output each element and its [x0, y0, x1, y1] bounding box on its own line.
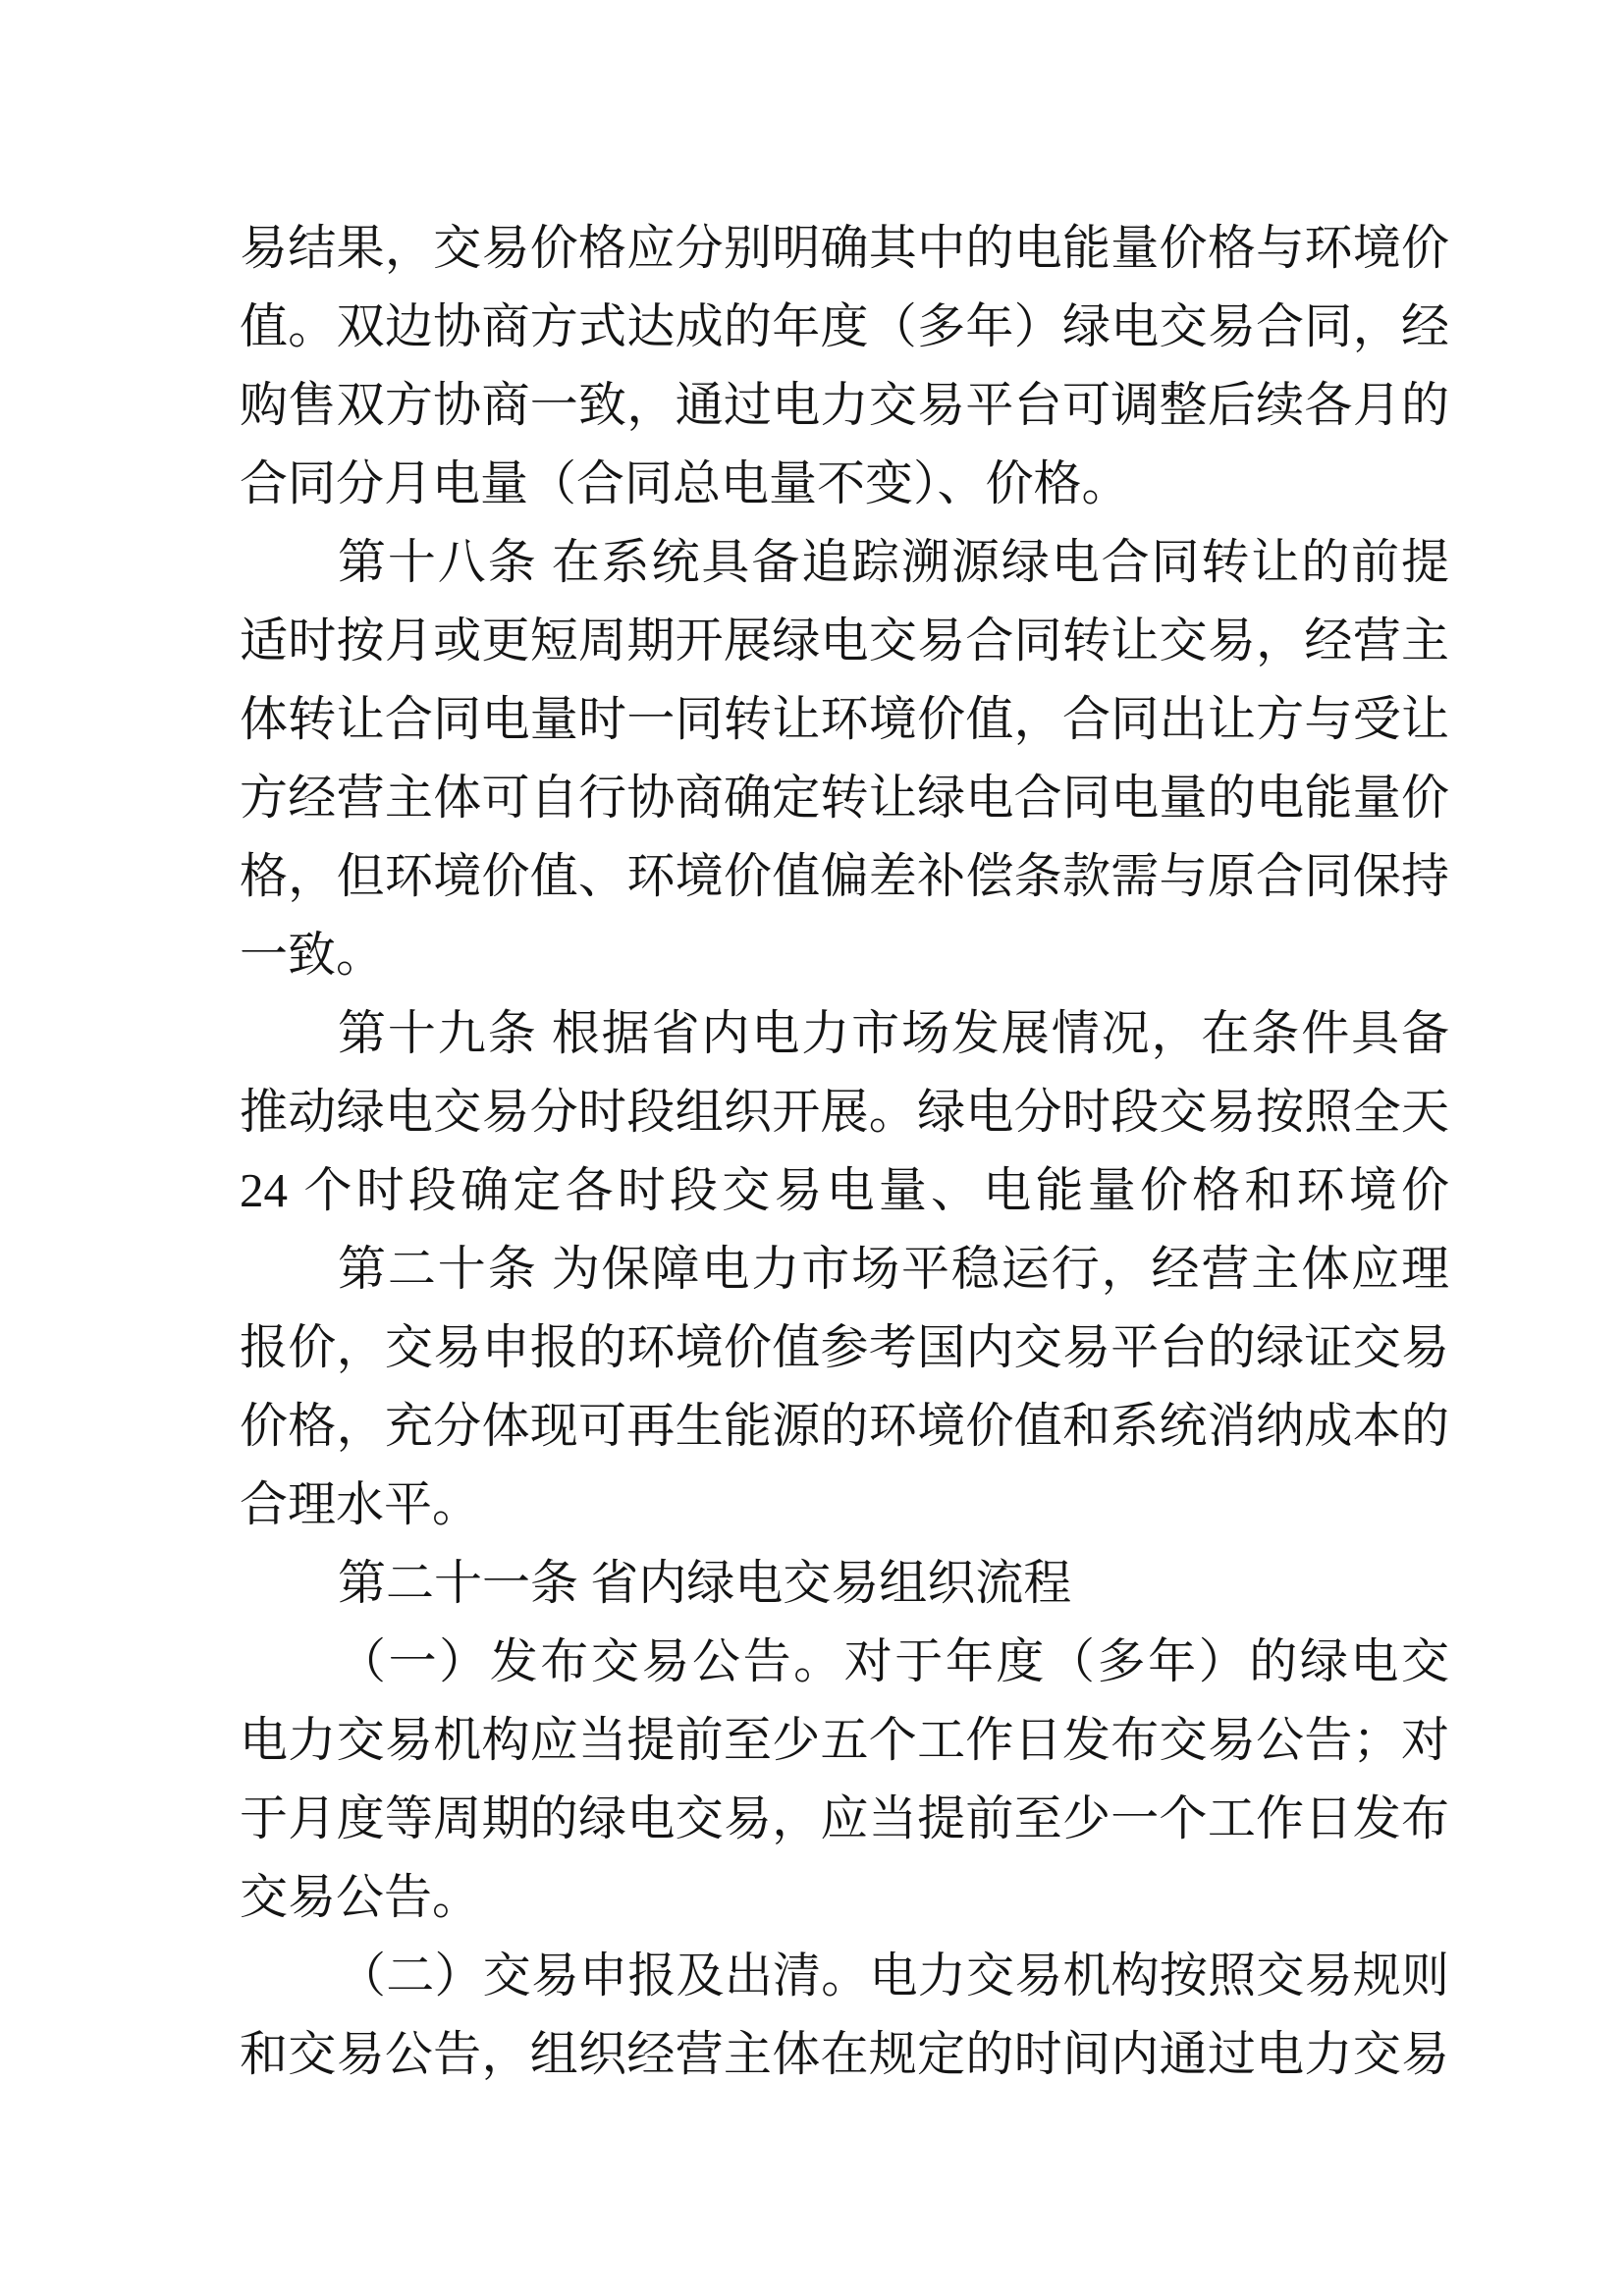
item-2-line: （二）交易申报及出清。电力交易机构按照交易规则	[240, 1937, 1449, 2015]
article-20-heading-line: 第二十条 为保障电力市场平稳运行，经营主体应理性	[240, 1230, 1449, 1308]
article-18-heading-line: 第十八条 在系统具备追踪溯源绿电合同转让的前提下，	[240, 523, 1449, 602]
text-line-7: 体转让合同电量时一同转让环境价值，合同出让方与受让	[240, 680, 1449, 759]
text-line-16: 价格，充分体现可再生能源的环境价值和系统消纳成本的	[240, 1387, 1449, 1466]
text-line-15: 报价，交易申报的环境价值参考国内交易平台的绿证交易	[240, 1308, 1449, 1387]
text-line-10: 一致。	[240, 916, 1449, 994]
text-line-6: 适时按月或更短周期开展绿电交易合同转让交易，经营主	[240, 602, 1449, 680]
text-line-22: 交易公告。	[240, 1858, 1449, 1937]
text-line-17: 合理水平。	[240, 1466, 1449, 1544]
text-line-12: 推动绿电交易分时段组织开展。绿电分时段交易按照全天	[240, 1073, 1449, 1151]
text-line-3: 购售双方协商一致，通过电力交易平台可调整后续各月的	[240, 366, 1449, 445]
text-line-21: 于月度等周期的绿电交易，应当提前至少一个工作日发布	[240, 1780, 1449, 1858]
text-line-8: 方经营主体可自行协商确定转让绿电合同电量的电能量价	[240, 759, 1449, 837]
item-1-line: （一）发布交易公告。对于年度（多年）的绿电交易，	[240, 1623, 1449, 1701]
document-body-text: 易结果，交易价格应分别明确其中的电能量价格与环境价 值。双边协商方式达成的年度（…	[240, 209, 1449, 2094]
text-line-1: 易结果，交易价格应分别明确其中的电能量价格与环境价	[240, 209, 1449, 288]
document-page: 易结果，交易价格应分别明确其中的电能量价格与环境价 值。双边协商方式达成的年度（…	[0, 0, 1624, 2296]
text-line-9: 格，但环境价值、环境价值偏差补偿条款需与原合同保持	[240, 837, 1449, 916]
text-line-24: 和交易公告，组织经营主体在规定的时间内通过电力交易	[240, 2015, 1449, 2094]
text-line-13: 24 个时段确定各时段交易电量、电能量价格和环境价值。	[240, 1151, 1449, 1230]
text-line-2: 值。双边协商方式达成的年度（多年）绿电交易合同，经	[240, 288, 1449, 366]
text-line-20: 电力交易机构应当提前至少五个工作日发布交易公告；对	[240, 1701, 1449, 1780]
article-21-heading-line: 第二十一条 省内绿电交易组织流程	[240, 1544, 1449, 1623]
article-19-heading-line: 第十九条 根据省内电力市场发展情况，在条件具备后	[240, 994, 1449, 1073]
text-line-4: 合同分月电量（合同总电量不变）、价格。	[240, 445, 1449, 523]
